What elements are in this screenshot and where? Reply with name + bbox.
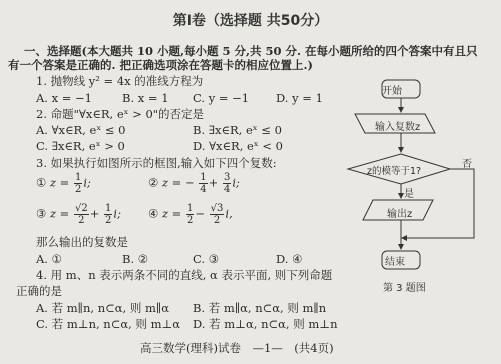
question-3-option-b: B. ② xyxy=(122,252,148,266)
flowchart xyxy=(340,70,501,310)
question-4-option-d: D. 若 m⊥α, n⊂α, 则 m⊥n xyxy=(193,317,337,331)
page-footer: 高三数学(理科)试卷 —1— (共4页) xyxy=(140,341,334,355)
flowchart-no-label: 否 xyxy=(462,155,472,170)
question-2-option-a: A. ∀x∈R, eˣ ≤ 0 xyxy=(36,123,125,137)
question-3-option-d: D. ④ xyxy=(276,252,302,266)
question-1-option-d: D. y = 1 xyxy=(276,91,323,105)
question-2-option-d: D. ∀x∈R, eˣ < 0 xyxy=(193,139,283,153)
question-4-option-b: B. 若 m∥α, n⊂α, 则 m∥n xyxy=(193,301,326,315)
question-2-option-c: C. ∃x∈R, eˣ > 0 xyxy=(36,139,125,153)
question-2-option-b: B. ∃x∈R, eˣ ≤ 0 xyxy=(193,123,282,137)
question-4-option-a: A. 若 m∥n, n⊂α, 则 m∥α xyxy=(36,301,169,315)
question-3-followup: 那么输出的复数是 xyxy=(36,235,128,249)
flowchart-output-label: 输出z xyxy=(387,205,412,220)
question-2-stem: 2. 命题"∀x∈R, eˣ > 0"的否定是 xyxy=(36,107,204,121)
section-title: 第Ⅰ卷（选择题 共50分） xyxy=(0,10,501,30)
instructions-line-2: 有一个答案是正确的. 把正确选项涂在答题卡的相应位置上.) xyxy=(8,58,313,72)
question-4-option-c: C. 若 m⊥n, n⊂α, 则 m⊥α xyxy=(36,317,180,331)
question-4-stem-line-2: 正确的是 xyxy=(16,284,62,298)
flowchart-decision-label: z的模等于1? xyxy=(367,163,421,177)
instructions-line-1: 一、选择题(本大题共 10 小题,每小题 5 分,共 50 分. 在每小题所给的… xyxy=(24,44,477,58)
flowchart-start-label: 开始 xyxy=(382,82,402,97)
question-4-stem-line-1: 4. 用 m、n 表示两条不同的直线, α 表示平面, 则下列命题 xyxy=(36,268,332,282)
question-1-option-c: C. y = −1 xyxy=(193,91,249,105)
flowchart-yes-label: 是 xyxy=(404,185,414,200)
question-1-stem: 1. 抛物线 y² = 4x 的准线方程为 xyxy=(36,74,203,88)
question-1-option-a: A. x = −1 xyxy=(36,91,92,105)
flowchart-caption: 第 3 题图 xyxy=(383,279,426,294)
question-3-input-2: ② z = − 14+ 34i; xyxy=(148,172,240,195)
question-3-option-a: A. ① xyxy=(36,252,62,266)
question-3-option-c: C. ③ xyxy=(193,252,219,266)
question-1-option-b: B. x = 1 xyxy=(122,91,169,105)
question-3-input-3: ③ z = √22+ 12i; xyxy=(36,203,121,226)
question-3-stem: 3. 如果执行如图所示的框图,输入如下四个复数: xyxy=(36,156,277,170)
question-3-input-1: ① z = 12i; xyxy=(36,172,91,195)
flowchart-end-label: 结束 xyxy=(385,253,405,268)
flowchart-input-label: 输入复数z xyxy=(375,118,420,133)
question-3-input-4: ④ z = 12− √32i, xyxy=(148,203,233,226)
